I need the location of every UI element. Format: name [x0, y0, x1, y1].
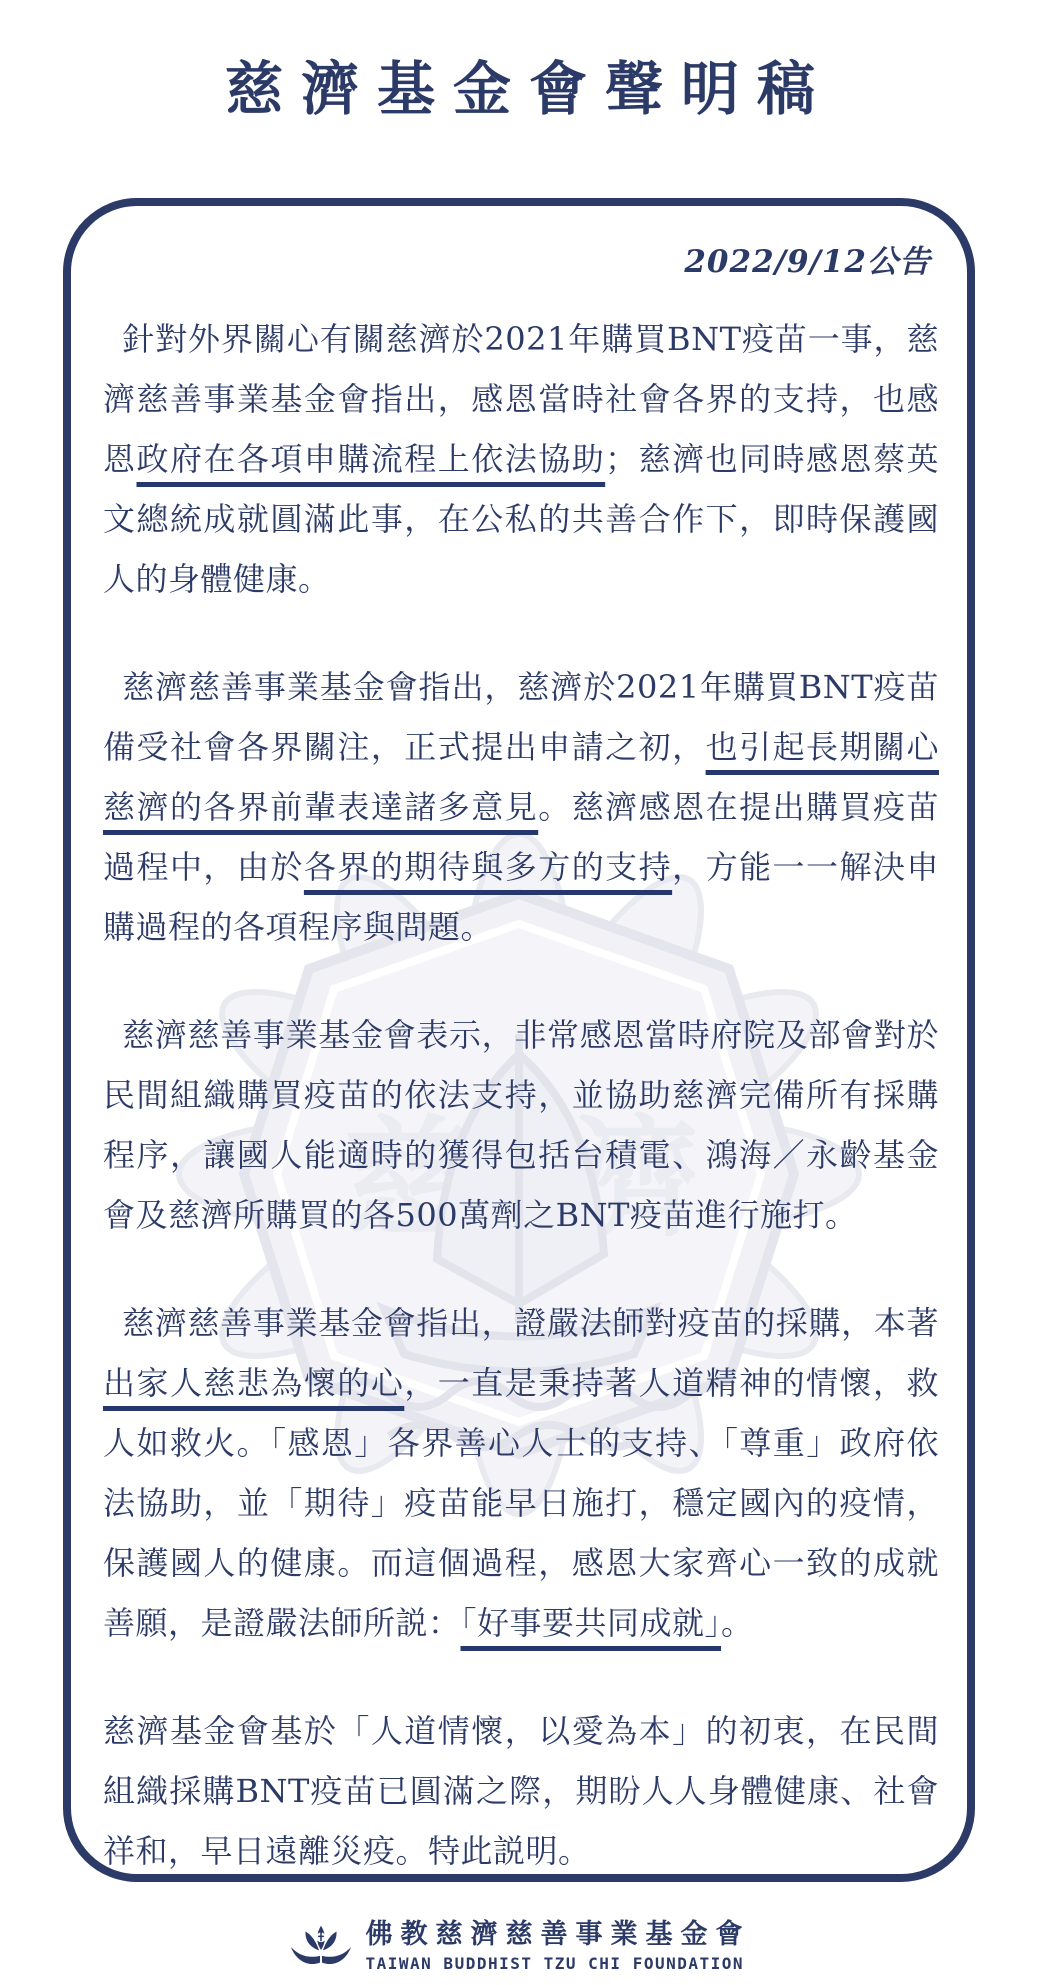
- paragraph-5: 慈濟基金會基於「人道情懷，以愛為本」的初衷，在民間組織採購BNT疫苗已圓滿之際，…: [103, 1701, 939, 1881]
- paragraph-3: 慈濟慈善事業基金會表示，非常感恩當時府院及部會對於民間組織購買疫苗的依法支持，並…: [103, 1005, 939, 1245]
- statement-box: 慈 濟 2022/9/12公告 針對外界關心有關慈濟於2021年購買BNT疫苗一…: [63, 198, 975, 1882]
- underlined-phrase: 「好事要共同成就」: [461, 1604, 722, 1642]
- underlined-phrase: 政府在各項申購流程上依法協助: [136, 440, 605, 478]
- text-segment: ，一直是秉持著人道精神的情懷，救人如救火。「感恩」各界善心人士的支持、「尊重」政…: [103, 1364, 939, 1642]
- foundation-logo-block: 佛教慈濟慈善事業基金會 TAIWAN BUDDHIST TZU CHI FOUN…: [0, 1920, 1040, 1973]
- announcement-date: 2022/9/12公告: [103, 236, 931, 281]
- page-title: 慈濟基金會聲明稿: [0, 42, 1040, 126]
- paragraph-1: 針對外界關心有關慈濟於2021年購買BNT疫苗一事，慈濟慈善事業基金會指出，感恩…: [103, 309, 939, 609]
- org-name-en: TAIWAN BUDDHIST TZU CHI FOUNDATION: [366, 1954, 745, 1973]
- org-name-zh: 佛教慈濟慈善事業基金會: [366, 1920, 751, 1950]
- lotus-logo-icon: [290, 1923, 352, 1971]
- text-segment: 慈濟基金會基於「人道情懷，以愛為本」的初衷，在民間組織採購BNT疫苗已圓滿之際，…: [103, 1712, 939, 1870]
- statement-content: 2022/9/12公告 針對外界關心有關慈濟於2021年購買BNT疫苗一事，慈濟…: [71, 206, 967, 1881]
- text-segment: 慈濟慈善事業基金會指出，證嚴法師對疫苗的採購，本著: [122, 1304, 939, 1342]
- underlined-phrase: 出家人慈悲為懷的心: [103, 1364, 404, 1402]
- paragraph-2: 慈濟慈善事業基金會指出，慈濟於2021年購買BNT疫苗備受社會各界關注，正式提出…: [103, 657, 939, 957]
- text-segment: 慈濟慈善事業基金會表示，非常感恩當時府院及部會對於民間組織購買疫苗的依法支持，並…: [103, 1016, 939, 1234]
- underlined-phrase: 各界的期待與多方的支持: [304, 848, 672, 886]
- text-segment: 。: [721, 1604, 754, 1642]
- paragraph-4: 慈濟慈善事業基金會指出，證嚴法師對疫苗的採購，本著出家人慈悲為懷的心，一直是秉持…: [103, 1293, 939, 1653]
